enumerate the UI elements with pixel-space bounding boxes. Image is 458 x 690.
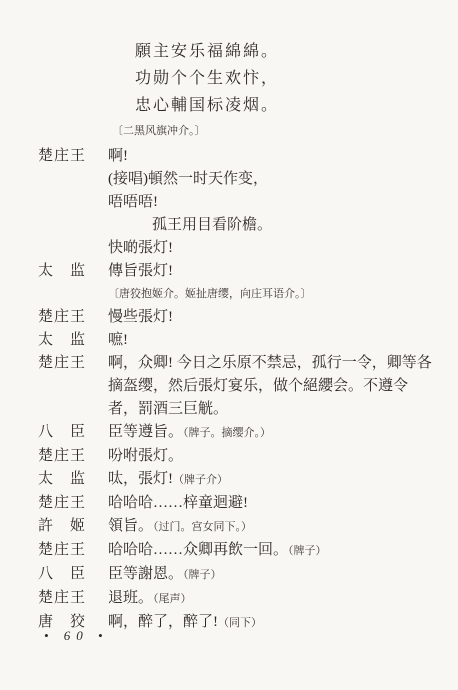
- speaker-name: 太 监: [38, 329, 108, 352]
- verse-line: 功勋个个生欢忭，: [135, 65, 432, 92]
- speaker-name: 楚庄王: [38, 145, 108, 260]
- speech: 呔，張灯!（牌子介）: [108, 468, 432, 492]
- verse: 願主安乐福綿綿。功勋个个生欢忭，忠心輔国标凌烟。: [135, 38, 432, 119]
- speech-line: 啊，醉了，醉了!（同下）: [108, 611, 432, 635]
- speaker-name: 楚庄王: [38, 492, 108, 515]
- speech-line: 呔，張灯!（牌子介）: [108, 468, 432, 492]
- verse-line: 忠心輔国标凌烟。: [135, 92, 432, 119]
- speech: 哈哈哈……众卿再飲一回。（牌子）: [108, 539, 432, 563]
- speech-line: 唔唔唔!: [108, 191, 432, 214]
- speech-line: (接唱)頓然一时天作变，: [108, 168, 432, 191]
- speech: 慢些張灯!: [108, 306, 432, 329]
- dialogue-row: 許 姬領旨。（过门。宫女同下。）: [38, 515, 432, 539]
- speech: 啊，众卿! 今日之乐原不禁忌，孤行一令，卿等各摘盔缨，然后張灯宴乐，做个絕纓会。…: [108, 352, 432, 421]
- dialogue-row: 八 臣臣等謝恩。（牌子）: [38, 563, 432, 587]
- speech-line: 領旨。（过门。宫女同下。）: [108, 515, 432, 539]
- dialogue-row: 楚庄王慢些張灯!: [38, 306, 432, 329]
- dialogue-row: 八 臣臣等遵旨。（牌子。摘缨介。）: [38, 421, 432, 445]
- speech-line: 退班。（尾声）: [108, 587, 432, 611]
- speech-line: 快啲張灯!: [108, 237, 432, 260]
- dialogue-row: 太 监傳旨張灯!〔唐狡抱姬介。姬扯唐缨，向庄耳语介。〕: [38, 260, 432, 306]
- speech-line: 慢些張灯!: [108, 306, 432, 329]
- stage-direction: 〔唐狡抱姬介。姬扯唐缨，向庄耳语介。〕: [108, 283, 432, 306]
- speech: 吩咐張灯。: [108, 445, 432, 468]
- speech-line: 哈哈哈……梓童迴避!: [108, 492, 432, 515]
- speech: 啊，醉了，醉了!（同下）: [108, 611, 432, 635]
- speech-line: 臣等謝恩。（牌子）: [108, 563, 432, 587]
- dialogue-row: 楚庄王哈哈哈……众卿再飲一回。（牌子）: [38, 539, 432, 563]
- stage-note: （尾声）: [153, 593, 192, 605]
- speech: 臣等遵旨。（牌子。摘缨介。）: [108, 421, 432, 445]
- speaker-name: 八 臣: [38, 421, 108, 445]
- speaker-name: 楚庄王: [38, 445, 108, 468]
- verse-line: 願主安乐福綿綿。: [135, 38, 432, 65]
- speech-line: 孤王用目看阶檐。: [152, 214, 432, 237]
- dialogue: 楚庄王啊!(接唱)頓然一时天作变，唔唔唔!孤王用目看阶檐。快啲張灯!太 监傳旨張…: [38, 145, 432, 635]
- dialogue-row: 楚庄王吩咐張灯。: [38, 445, 432, 468]
- speaker-name: 太 监: [38, 260, 108, 306]
- dialogue-row: 太 监呔，張灯!（牌子介）: [38, 468, 432, 492]
- stage-note: （牌子）: [183, 569, 222, 581]
- speaker-name: 許 姬: [38, 515, 108, 539]
- speech: 領旨。（过门。宫女同下。）: [108, 515, 432, 539]
- speech: 退班。（尾声）: [108, 587, 432, 611]
- dialogue-row: 太 监嗻!: [38, 329, 432, 352]
- speech-line: 啊，众卿! 今日之乐原不禁忌，孤行一令，卿等各摘盔缨，然后張灯宴乐，做个絕纓会。…: [108, 352, 432, 421]
- dialogue-row: 楚庄王哈哈哈……梓童迴避!: [38, 492, 432, 515]
- stage-note: （同下）: [218, 617, 262, 629]
- speech-line: 吩咐張灯。: [108, 445, 432, 468]
- stage-note: （过门。宫女同下。）: [153, 521, 252, 533]
- stage-note: （牌子。摘缨介。）: [183, 427, 271, 439]
- stage-note: （牌子）: [288, 545, 327, 557]
- speech-line: 哈哈哈……众卿再飲一回。（牌子）: [108, 539, 432, 563]
- speech-line: 嗻!: [108, 329, 432, 352]
- speaker-name: 楚庄王: [38, 306, 108, 329]
- speaker-name: 八 臣: [38, 563, 108, 587]
- dialogue-row: 楚庄王啊!(接唱)頓然一时天作变，唔唔唔!孤王用目看阶檐。快啲張灯!: [38, 145, 432, 260]
- script-page: 願主安乐福綿綿。功勋个个生欢忭，忠心輔国标凌烟。 〔二黑风旗冲介。〕 楚庄王啊!…: [0, 0, 458, 690]
- dialogue-row: 楚庄王退班。（尾声）: [38, 587, 432, 611]
- speech-line: 啊!: [108, 145, 432, 168]
- speech: 臣等謝恩。（牌子）: [108, 563, 432, 587]
- dialogue-row: 楚庄王啊，众卿! 今日之乐原不禁忌，孤行一令，卿等各摘盔缨，然后張灯宴乐，做个絕…: [38, 352, 432, 421]
- stage-direction: 〔二黑风旗冲介。〕: [112, 122, 432, 141]
- speech: 嗻!: [108, 329, 432, 352]
- speaker-name: 太 监: [38, 468, 108, 492]
- speech: 哈哈哈……梓童迴避!: [108, 492, 432, 515]
- speaker-name: 楚庄王: [38, 352, 108, 421]
- speech: 傳旨張灯!〔唐狡抱姬介。姬扯唐缨，向庄耳语介。〕: [108, 260, 432, 306]
- speech-line: 臣等遵旨。（牌子。摘缨介。）: [108, 421, 432, 445]
- speaker-name: 楚庄王: [38, 587, 108, 611]
- page-number: • 60 •: [44, 628, 109, 644]
- speech-line: 傳旨張灯!: [108, 260, 432, 283]
- speaker-name: 楚庄王: [38, 539, 108, 563]
- stage-note: （牌子介）: [173, 474, 228, 486]
- speech: 啊!(接唱)頓然一时天作变，唔唔唔!孤王用目看阶檐。快啲張灯!: [108, 145, 432, 260]
